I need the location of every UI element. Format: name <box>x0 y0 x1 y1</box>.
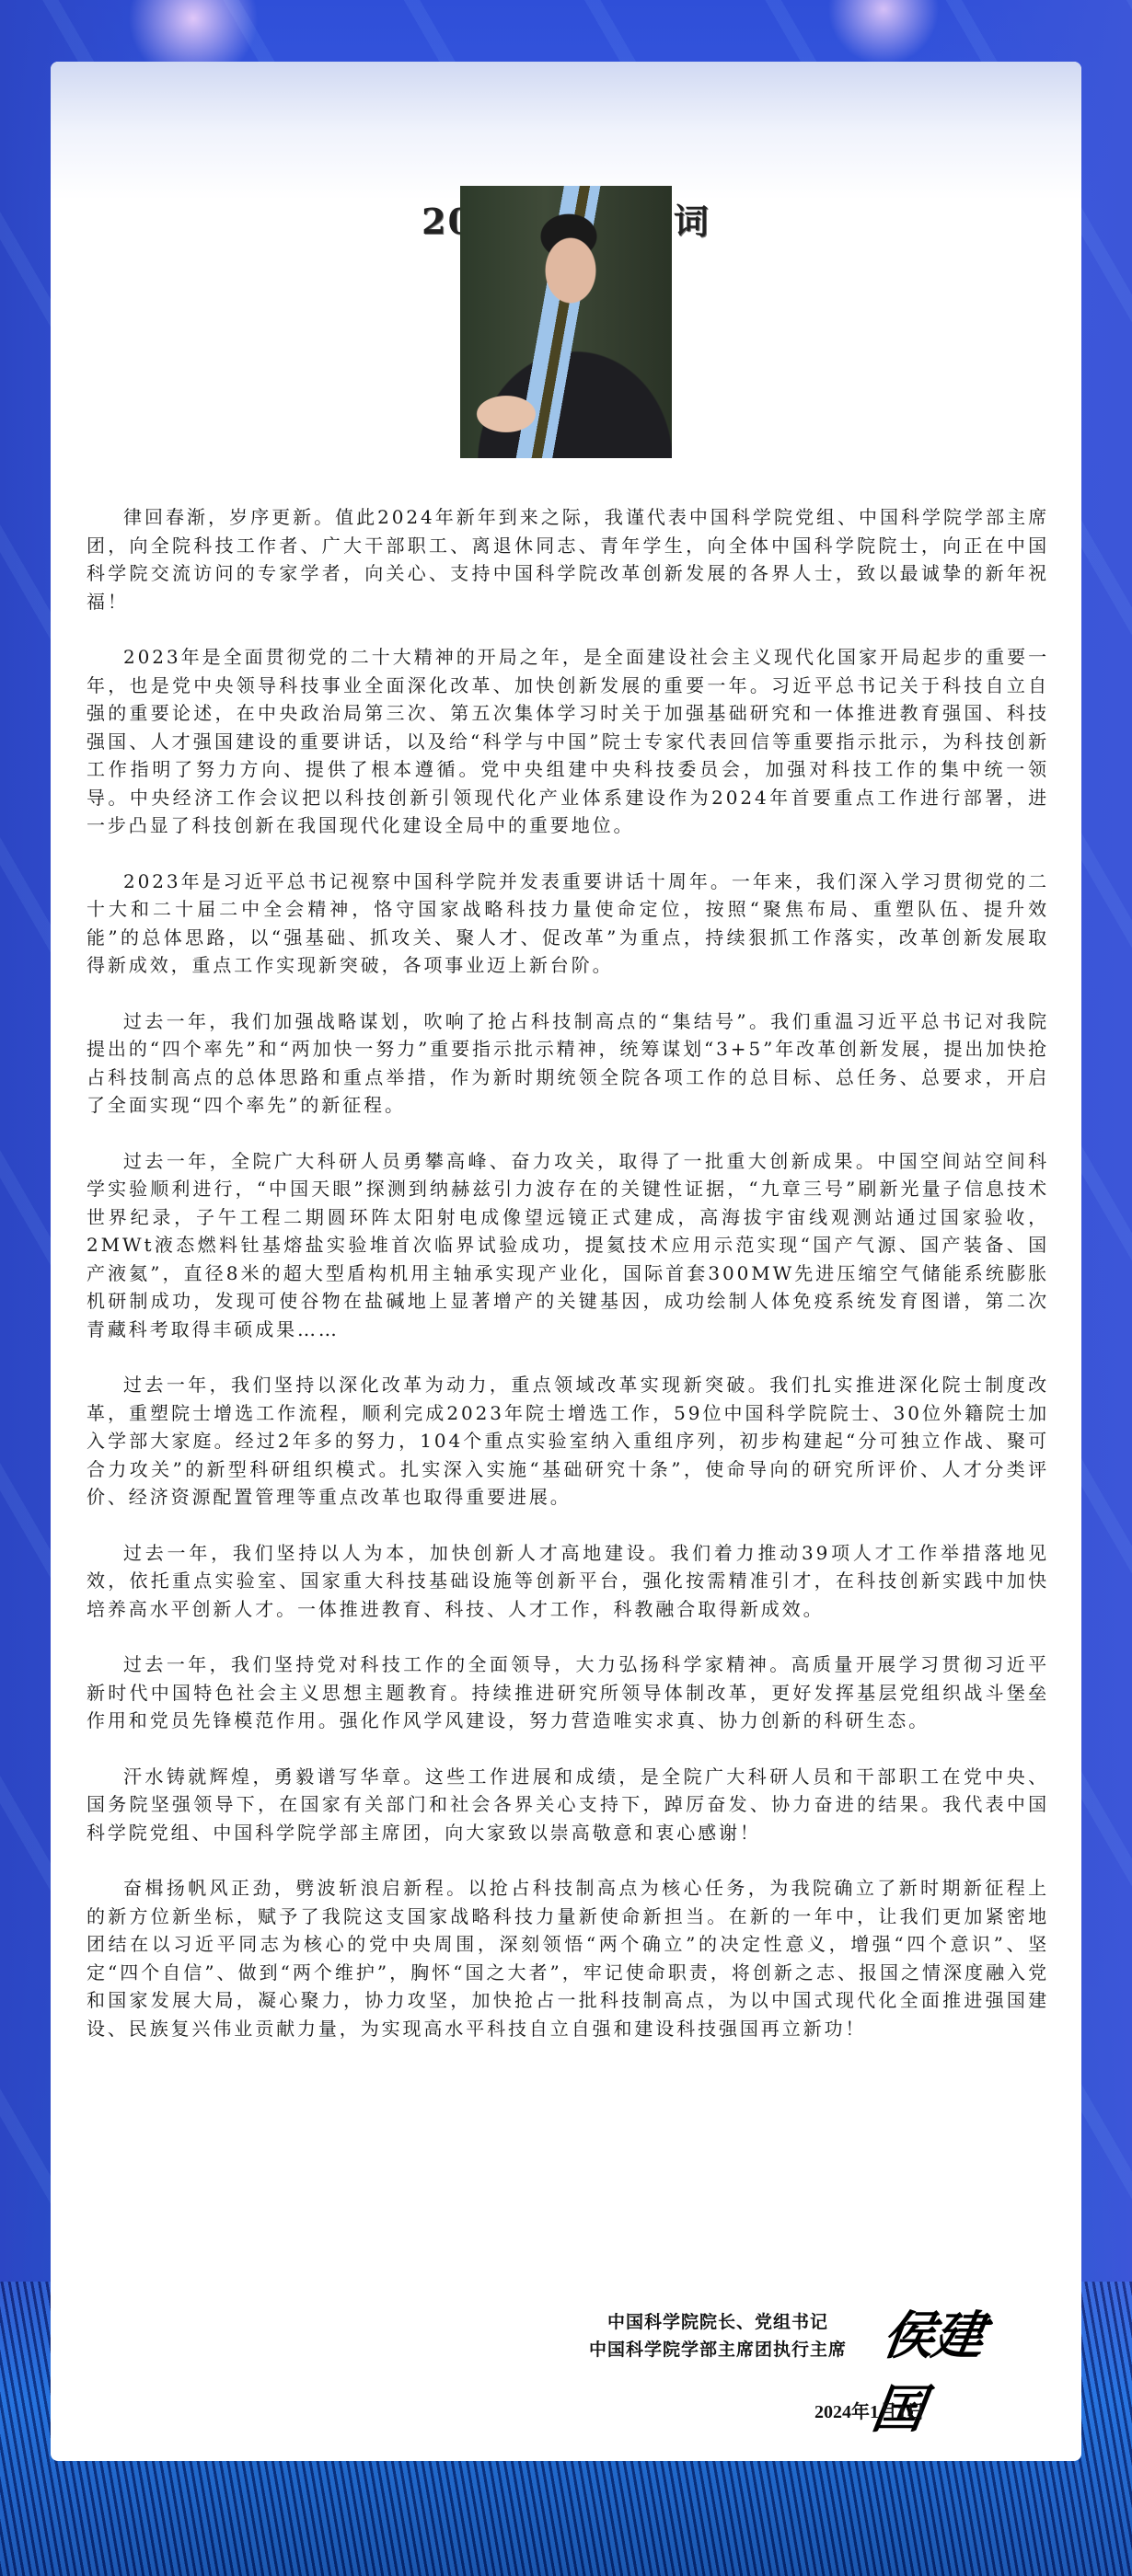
handwritten-signature: 侯建国 <box>878 2295 1035 2369</box>
card-header-glow <box>51 62 1081 200</box>
paragraph: 过去一年，我们坚持以人为本，加快创新人才高地建设。我们着力推动39项人才工作举措… <box>87 1539 1049 1624</box>
paragraph: 过去一年，我们加强战略谋划，吹响了抢占科技制高点的“集结号”。我们重温习近平总书… <box>87 1007 1049 1120</box>
signoff-title-line-1: 中国科学院院长、党组书记 <box>566 2308 870 2336</box>
letter-body: 律回春渐，岁序更新。值此2024年新年到来之际，我谨代表中国科学院党组、中国科学… <box>87 503 1049 2070</box>
letter-card: 2024年新年贺词 律回春渐，岁序更新。值此2024年新年到来之际，我谨代表中国… <box>51 62 1081 2461</box>
paragraph: 2023年是习近平总书记视察中国科学院并发表重要讲话十周年。一年来，我们深入学习… <box>87 868 1049 980</box>
photo-detail <box>460 386 543 442</box>
paragraph: 过去一年，全院广大科研人员勇攀高峰、奋力攻关，取得了一批重大创新成果。中国空间站… <box>87 1147 1049 1344</box>
paragraph: 奋楫扬帆风正劲，劈波斩浪启新程。以抢占科技制高点为核心任务，为我院确立了新时期新… <box>87 1874 1049 2042</box>
paragraph: 过去一年，我们坚持党对科技工作的全面领导，大力弘扬科学家精神。高质量开展学习贯彻… <box>87 1650 1049 1735</box>
paragraph: 律回春渐，岁序更新。值此2024年新年到来之际，我谨代表中国科学院党组、中国科学… <box>87 503 1049 615</box>
signoff-titles: 中国科学院院长、党组书记 中国科学院学部主席团执行主席 <box>566 2308 870 2363</box>
author-photo <box>460 186 672 458</box>
paragraph: 2023年是全面贯彻党的二十大精神的开局之年，是全面建设社会主义现代化国家开局起… <box>87 643 1049 840</box>
paragraph: 过去一年，我们坚持以深化改革为动力，重点领域改革实现新突破。我们扎实推进深化院士… <box>87 1371 1049 1512</box>
signoff-block: 中国科学院院长、党组书记 中国科学院学部主席团执行主席 侯建国 2024年1月1… <box>566 2288 1063 2435</box>
paragraph: 汗水铸就辉煌，勇毅谱写华章。这些工作进展和成绩，是全院广大科研人员和干部职工在党… <box>87 1763 1049 1847</box>
signoff-date: 2024年1月1日 <box>814 2397 925 2423</box>
signoff-title-line-2: 中国科学院学部主席团执行主席 <box>566 2336 870 2363</box>
